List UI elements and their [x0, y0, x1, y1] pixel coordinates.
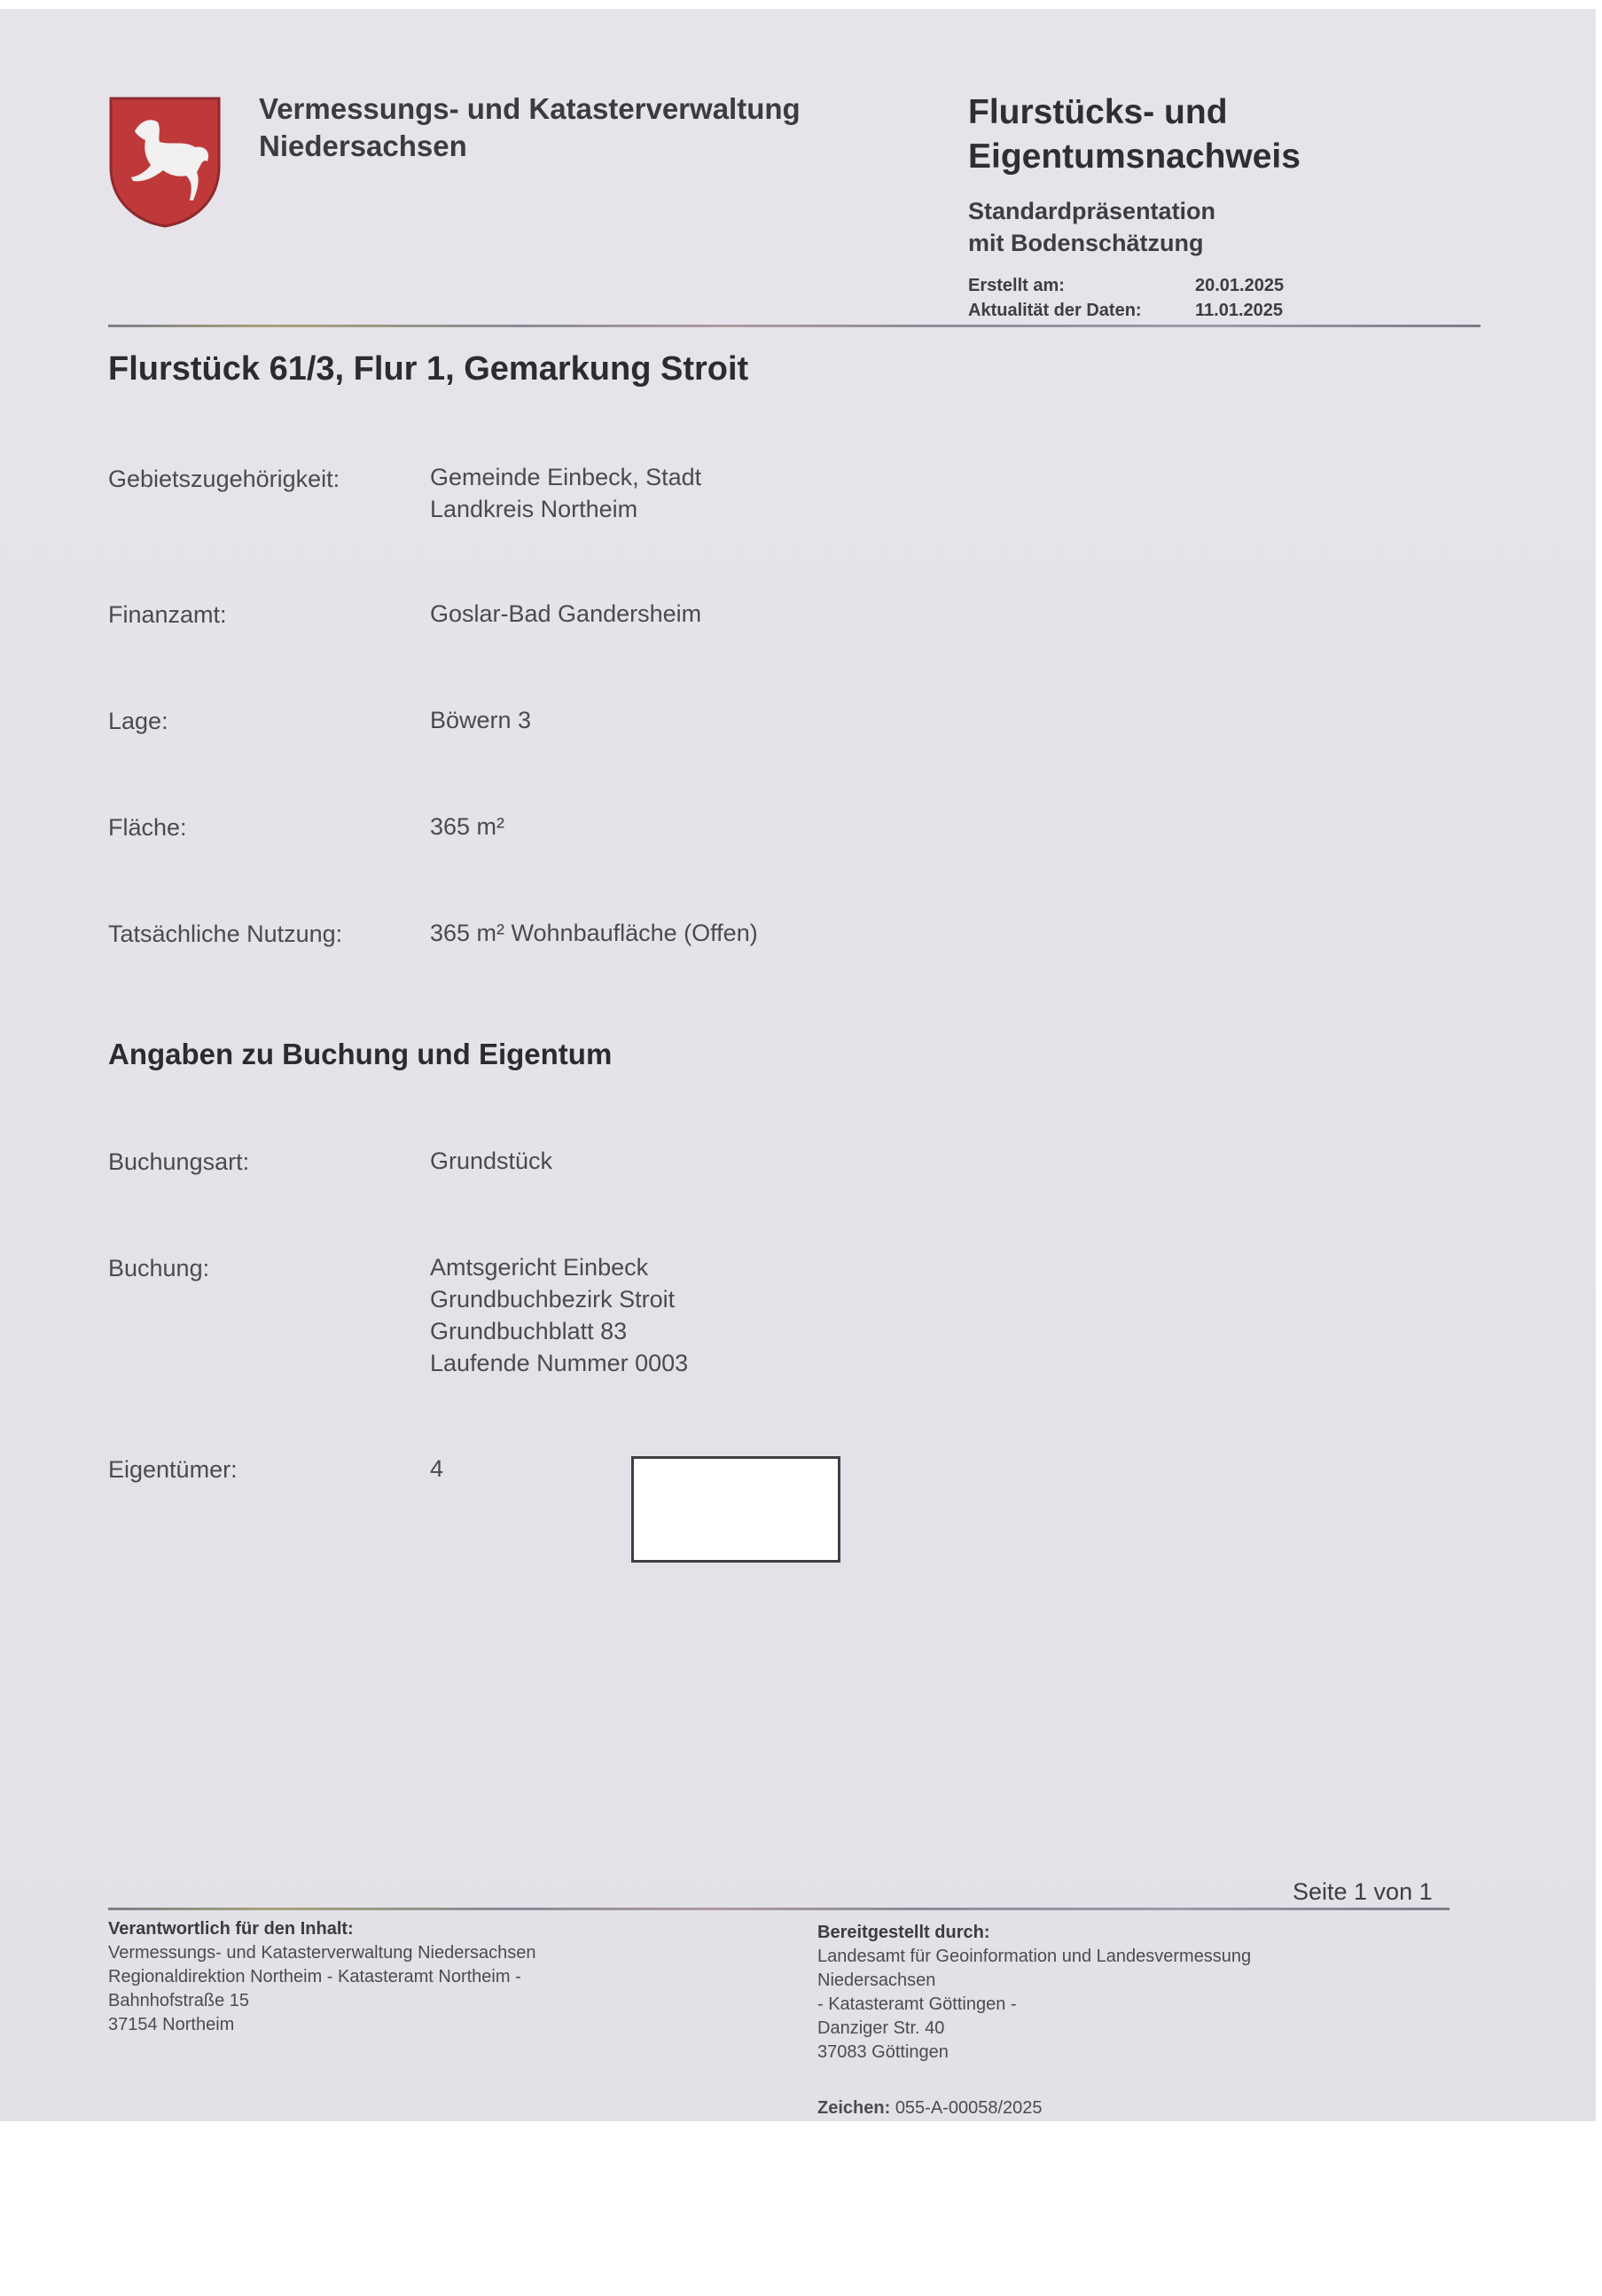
field-value-area: Gemeinde Einbeck, Stadt Landkreis Northe… [430, 461, 701, 525]
field-label-location: Lage: [108, 708, 168, 735]
provider-line: - Katasteramt Göttingen - [817, 1993, 1251, 2017]
value-line: Böwern 3 [430, 704, 531, 736]
reference-label: Zeichen: [817, 2098, 890, 2118]
document-meta: Erstellt am: 20.01.2025 Aktualität der D… [968, 273, 1284, 323]
parcel-title: Flurstück 61/3, Flur 1, Gemarkung Stroit [108, 350, 748, 388]
page-number: Seite 1 von 1 [1293, 1878, 1433, 1906]
field-value-location: Böwern 3 [430, 704, 531, 736]
organization-line-1: Vermessungs- und Katasterverwaltung [259, 90, 801, 128]
field-label-owner: Eigentümer: [108, 1456, 238, 1484]
booking-heading: Angaben zu Buchung und Eigentum [108, 1038, 612, 1071]
value-line: 4 [430, 1453, 443, 1485]
field-label-usage: Tatsächliche Nutzung: [108, 921, 342, 948]
reference-number: Zeichen: 055-A-00058/2025 [817, 2098, 1043, 2119]
responsible-block: Verantwortlich für den Inhalt: Vermessun… [108, 1917, 535, 2037]
value-line: 365 m² Wohnbaufläche (Offen) [430, 917, 758, 949]
value-line: Amtsgericht Einbeck [430, 1251, 688, 1283]
provider-block: Bereitgestellt durch: Landesamt für Geoi… [817, 1921, 1251, 2065]
field-label-booking: Buchung: [108, 1255, 209, 1282]
field-label-area: Gebietszugehörigkeit: [108, 466, 340, 493]
subtitle-line-1: Standardpräsentation [968, 195, 1215, 227]
provider-line: Danziger Str. 40 [817, 2017, 1251, 2041]
organization-name: Vermessungs- und Katasterverwaltung Nied… [259, 90, 801, 165]
provider-line: Niedersachsen [817, 1969, 1251, 1993]
value-line: Grundstück [430, 1145, 552, 1177]
value-line: Gemeinde Einbeck, Stadt [430, 461, 701, 493]
document-page: Vermessungs- und Katasterverwaltung Nied… [0, 9, 1596, 2121]
created-row: Erstellt am: 20.01.2025 [968, 273, 1284, 298]
created-label: Erstellt am: [968, 273, 1195, 298]
responsible-line: Bahnhofstraße 15 [108, 1989, 535, 2013]
organization-line-2: Niedersachsen [259, 128, 801, 165]
value-line: 365 m² [430, 811, 504, 842]
footer-divider [108, 1908, 1450, 1910]
document-title-line-1: Flurstücks- und [968, 90, 1301, 135]
field-label-area-size: Fläche: [108, 814, 187, 842]
provided-heading: Bereitgestellt durch: [817, 1923, 989, 1942]
value-line: Laufende Nummer 0003 [430, 1347, 688, 1379]
value-line: Grundbuchblatt 83 [430, 1315, 688, 1347]
document-title-line-2: Eigentumsnachweis [968, 135, 1301, 179]
provider-line: 37083 Göttingen [817, 2041, 1251, 2065]
responsible-line: Vermessungs- und Katasterverwaltung Nied… [108, 1941, 535, 1965]
document-subtitle: Standardpräsentation mit Bodenschätzung [968, 195, 1215, 259]
field-value-usage: 365 m² Wohnbaufläche (Offen) [430, 917, 758, 949]
reference-value: 055-A-00058/2025 [895, 2098, 1043, 2118]
value-line: Goslar-Bad Gandersheim [430, 598, 701, 630]
data-date-value: 11.01.2025 [1195, 298, 1283, 323]
field-label-booking-type: Buchungsart: [108, 1148, 249, 1176]
field-label-tax-office: Finanzamt: [108, 601, 227, 629]
field-value-booking: Amtsgericht Einbeck Grundbuchbezirk Stro… [430, 1251, 688, 1379]
lower-saxony-coat-of-arms-icon [108, 96, 222, 229]
responsible-heading: Verantwortlich für den Inhalt: [108, 1919, 354, 1939]
redacted-owner-box [631, 1456, 840, 1563]
field-value-owner-count: 4 [430, 1453, 443, 1485]
header-divider [108, 325, 1481, 327]
created-value: 20.01.2025 [1195, 273, 1284, 298]
responsible-line: 37154 Northeim [108, 2013, 535, 2037]
data-date-label: Aktualität der Daten: [968, 298, 1195, 323]
field-value-booking-type: Grundstück [430, 1145, 552, 1177]
responsible-line: Regionaldirektion Northeim - Katasteramt… [108, 1965, 535, 1989]
value-line: Grundbuchbezirk Stroit [430, 1283, 688, 1315]
subtitle-line-2: mit Bodenschätzung [968, 227, 1215, 259]
document-title: Flurstücks- und Eigentumsnachweis [968, 90, 1301, 179]
field-value-tax-office: Goslar-Bad Gandersheim [430, 598, 701, 630]
field-value-area-size: 365 m² [430, 811, 504, 842]
provider-line: Landesamt für Geoinformation und Landesv… [817, 1945, 1251, 1969]
data-date-row: Aktualität der Daten: 11.01.2025 [968, 298, 1284, 323]
value-line: Landkreis Northeim [430, 493, 701, 525]
